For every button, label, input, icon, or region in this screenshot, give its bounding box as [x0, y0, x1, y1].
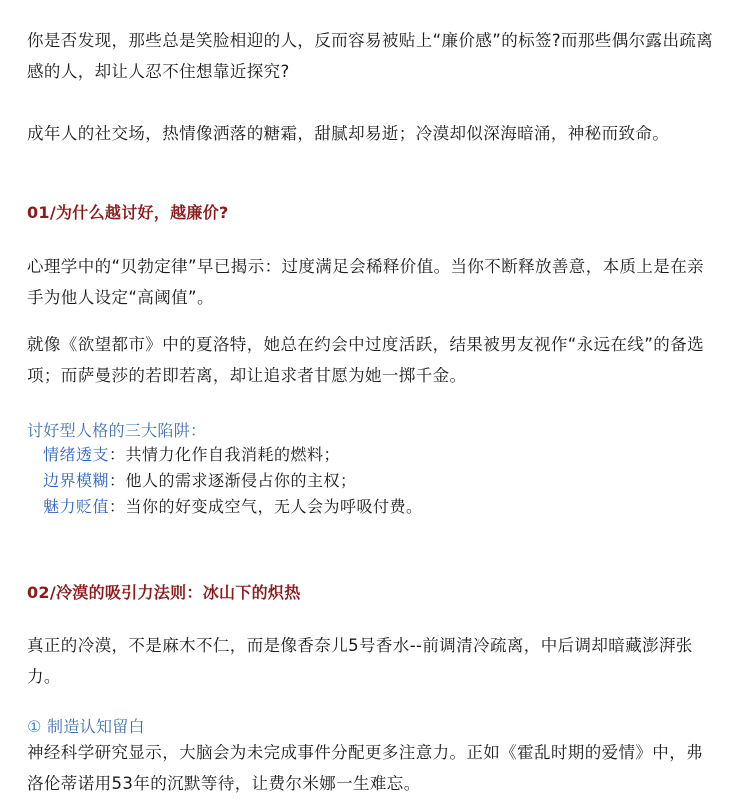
list-item-sep: ： [109, 497, 126, 516]
section-heading-01: 01/为什么越讨好，越廉价? [27, 200, 229, 223]
section2-paragraph-1: 真正的冷漠，不是麻木不仁，而是像香奈儿5号香水--前调清冷疏离，中后调却暗藏澎湃… [27, 630, 717, 692]
subheading-text: 制造认知留白 [42, 717, 145, 736]
list-item: 边界模糊：他人的需求逐渐侵占你的主权； [43, 467, 357, 495]
circled-number-one: ① [27, 717, 42, 736]
intro-paragraph-2: 成年人的社交场，热情像洒落的糖霜，甜腻却易逝；冷漠却似深海暗涌，神秘而致命。 [27, 118, 717, 149]
subheading-cognitive-gap: ① 制造认知留白 [27, 714, 145, 737]
intro-paragraph-1: 你是否发现，那些总是笑脸相迎的人，反而容易被贴上“廉价感”的标签?而那些偶尔露出… [27, 25, 717, 87]
list-item-key: 魅力贬值 [43, 497, 109, 516]
list-item-key: 情绪透支 [43, 445, 109, 464]
list-item-key: 边界模糊 [43, 471, 109, 490]
list-item-text: 他人的需求逐渐侵占你的主权； [126, 471, 357, 490]
list-item: 情绪透支：共情力化作自我消耗的燃料； [43, 441, 340, 469]
list-item-sep: ： [109, 471, 126, 490]
section-heading-02: 02/冷漠的吸引力法则：冰山下的炽热 [27, 580, 301, 603]
traps-list-title: 讨好型人格的三大陷阱： [27, 418, 206, 441]
list-item-sep: ： [109, 445, 126, 464]
list-item: 魅力贬值：当你的好变成空气，无人会为呼吸付费。 [43, 493, 423, 521]
section1-paragraph-1: 心理学中的“贝勃定律”早已揭示：过度满足会稀释价值。当你不断释放善意，本质上是在… [27, 251, 717, 313]
list-item-text: 当你的好变成空气，无人会为呼吸付费。 [126, 497, 423, 516]
section1-paragraph-2: 就像《欲望都市》中的夏洛特，她总在约会中过度活跃，结果被男友视作“永远在线”的备… [27, 329, 717, 391]
list-item-text: 共情力化作自我消耗的燃料； [126, 445, 341, 464]
section2-paragraph-2: 神经科学研究显示，大脑会为未完成事件分配更多注意力。正如《霍乱时期的爱情》中，弗… [27, 737, 717, 799]
